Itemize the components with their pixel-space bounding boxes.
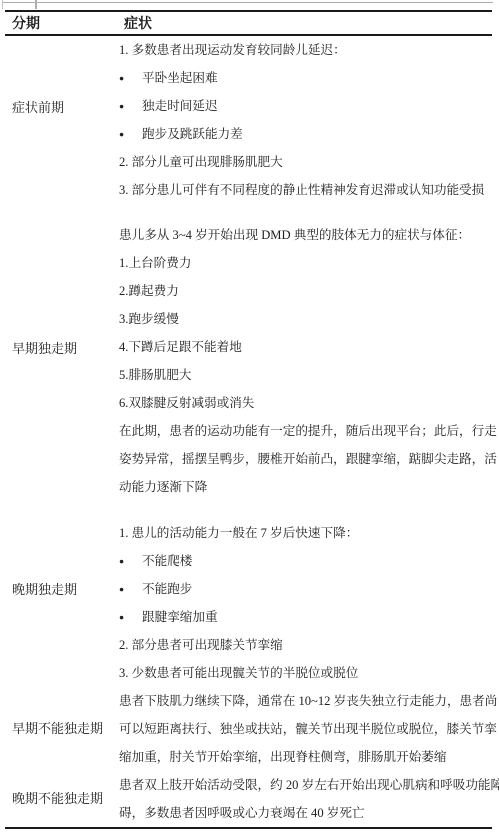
symptom-cell: 患儿多从 3~4 岁开始出现 DMD 典型的肢体无力的症状与体征：1.上台阶费力… bbox=[117, 221, 492, 519]
stage-label: 早期独走期 bbox=[12, 335, 106, 363]
stage-cell: 症状前期 bbox=[5, 35, 117, 221]
symptom-line: 姿势异常，摇摆呈鸭步，腰椎开始前凸，跟腱挛缩，踮脚尖走路，活 bbox=[119, 445, 492, 473]
bullet-icon: ● bbox=[119, 547, 142, 575]
bullet-icon: ● bbox=[119, 64, 142, 92]
table-row: 晚期不能独走期 患者双上肢开始活动受限，约 20 岁左右开始出现心肌病和呼吸功能… bbox=[5, 771, 492, 828]
stage-cell: 早期不能独走期 bbox=[5, 687, 117, 771]
symptom-line: 在此期，患者的运动功能有一定的提升，随后出现平台；此后，行走 bbox=[119, 417, 492, 445]
symptom-cell: 1. 多数患者出现运动发育较同龄儿延迟：●平卧坐起困难●独走时间延迟●跑步及跳跃… bbox=[117, 35, 492, 221]
bullet-text: 独走时间延迟 bbox=[142, 99, 218, 113]
bullet-text: 平卧坐起困难 bbox=[142, 71, 218, 85]
symptom-line: 患儿多从 3~4 岁开始出现 DMD 典型的肢体无力的症状与体征： bbox=[119, 221, 492, 249]
bullet-icon: ● bbox=[119, 575, 142, 603]
stage-label: 晚期独走期 bbox=[12, 576, 106, 604]
symptom-line: 4.下蹲后足跟不能着地 bbox=[119, 333, 492, 361]
stage-cell: 晚期独走期 bbox=[5, 519, 117, 687]
symptom-cell: 患者双上肢开始活动受限，约 20 岁左右开始出现心肌病和呼吸功能障碍，多数患者因… bbox=[117, 771, 492, 828]
bullet-text: 不能爬楼 bbox=[142, 554, 192, 568]
stage-cell: 晚期不能独走期 bbox=[5, 771, 117, 828]
symptom-line: 5.腓肠肌肥大 bbox=[119, 361, 492, 389]
table-row: 症状前期 1. 多数患者出现运动发育较同龄儿延迟：●平卧坐起困难●独走时间延迟●… bbox=[5, 35, 492, 221]
symptom-line: 1. 患儿的活动能力一般在 7 岁后快速下降： bbox=[119, 519, 492, 547]
symptom-line: 碍，多数患者因呼吸或心力衰竭在 40 岁死亡 bbox=[119, 799, 492, 827]
symptom-line: 6.双膝腱反射减弱或消失 bbox=[119, 389, 492, 417]
page-top-rule bbox=[2, 2, 493, 3]
symptom-bullet-line: ●独走时间延迟 bbox=[119, 92, 492, 120]
bullet-icon: ● bbox=[119, 603, 142, 631]
table-row: 晚期独走期 1. 患儿的活动能力一般在 7 岁后快速下降：●不能爬楼●不能跑步●… bbox=[5, 519, 492, 687]
bullet-text: 跑步及跳跃能力差 bbox=[142, 127, 243, 141]
bullet-text: 不能跑步 bbox=[142, 582, 192, 596]
bullet-icon: ● bbox=[119, 92, 142, 120]
column-header-symptom: 症状 bbox=[117, 11, 492, 35]
header-row: 分期 症状 bbox=[5, 11, 492, 35]
table-header: 分期 症状 bbox=[5, 11, 492, 35]
symptom-cell: 患者下肢肌力继续下降，通常在 10~12 岁丧失独立行走能力，患者尚可以短距离扶… bbox=[117, 687, 492, 771]
stage-label: 晚期不能独走期 bbox=[12, 785, 106, 813]
page-top-tick-left bbox=[2, 0, 3, 9]
bullet-icon: ● bbox=[119, 120, 142, 148]
symptom-line: 1. 多数患者出现运动发育较同龄儿延迟： bbox=[119, 36, 492, 64]
symptom-line: 3. 部分患儿可伴有不同程度的静止性精神发育迟滞或认知功能受损 bbox=[119, 176, 492, 204]
table-body: 症状前期 1. 多数患者出现运动发育较同龄儿延迟：●平卧坐起困难●独走时间延迟●… bbox=[5, 35, 492, 828]
symptom-bullet-line: ●跟腱挛缩加重 bbox=[119, 603, 492, 631]
dmd-stage-symptom-table: 分期 症状 症状前期 1. 多数患者出现运动发育较同龄儿延迟：●平卧坐起困难●独… bbox=[5, 10, 492, 829]
table-row: 早期不能独走期 患者下肢肌力继续下降，通常在 10~12 岁丧失独立行走能力，患… bbox=[5, 687, 492, 771]
symptom-bullet-line: ●不能跑步 bbox=[119, 575, 492, 603]
symptom-cell: 1. 患儿的活动能力一般在 7 岁后快速下降：●不能爬楼●不能跑步●跟腱挛缩加重… bbox=[117, 519, 492, 687]
bullet-text: 跟腱挛缩加重 bbox=[142, 610, 218, 624]
symptom-line: 3. 少数患者可能出现髋关节的半脱位或脱位 bbox=[119, 659, 492, 687]
symptom-line: 2. 部分患者可出现膝关节挛缩 bbox=[119, 631, 492, 659]
page-top-tick bbox=[35, 0, 37, 9]
symptom-line: 患者双上肢开始活动受限，约 20 岁左右开始出现心肌病和呼吸功能障 bbox=[119, 771, 492, 799]
symptom-line: 可以短距离扶行、独坐或扶站，髋关节出现半脱位或脱位，膝关节挛 bbox=[119, 715, 492, 743]
symptom-line: 患者下肢肌力继续下降，通常在 10~12 岁丧失独立行走能力，患者尚 bbox=[119, 687, 492, 715]
symptom-line: 2. 部分儿童可出现腓肠肌肥大 bbox=[119, 148, 492, 176]
symptom-line: 缩加重，肘关节开始挛缩，出现脊柱侧弯，腓肠肌开始萎缩 bbox=[119, 743, 492, 771]
stage-label: 症状前期 bbox=[12, 94, 106, 122]
symptom-bullet-line: ●平卧坐起困难 bbox=[119, 64, 492, 92]
stage-cell: 早期独走期 bbox=[5, 221, 117, 519]
column-header-stage: 分期 bbox=[5, 11, 117, 35]
stage-label: 早期不能独走期 bbox=[12, 715, 106, 743]
symptom-line: 2.蹲起费力 bbox=[119, 277, 492, 305]
symptom-line: 3.跑步缓慢 bbox=[119, 305, 492, 333]
symptom-line: 1.上台阶费力 bbox=[119, 249, 492, 277]
symptom-bullet-line: ●跑步及跳跃能力差 bbox=[119, 120, 492, 148]
symptom-bullet-line: ●不能爬楼 bbox=[119, 547, 492, 575]
symptom-line: 动能力逐渐下降 bbox=[119, 473, 492, 501]
document-page: 分期 症状 症状前期 1. 多数患者出现运动发育较同龄儿延迟：●平卧坐起困难●独… bbox=[0, 0, 499, 836]
table-row: 早期独走期 患儿多从 3~4 岁开始出现 DMD 典型的肢体无力的症状与体征：1… bbox=[5, 221, 492, 519]
